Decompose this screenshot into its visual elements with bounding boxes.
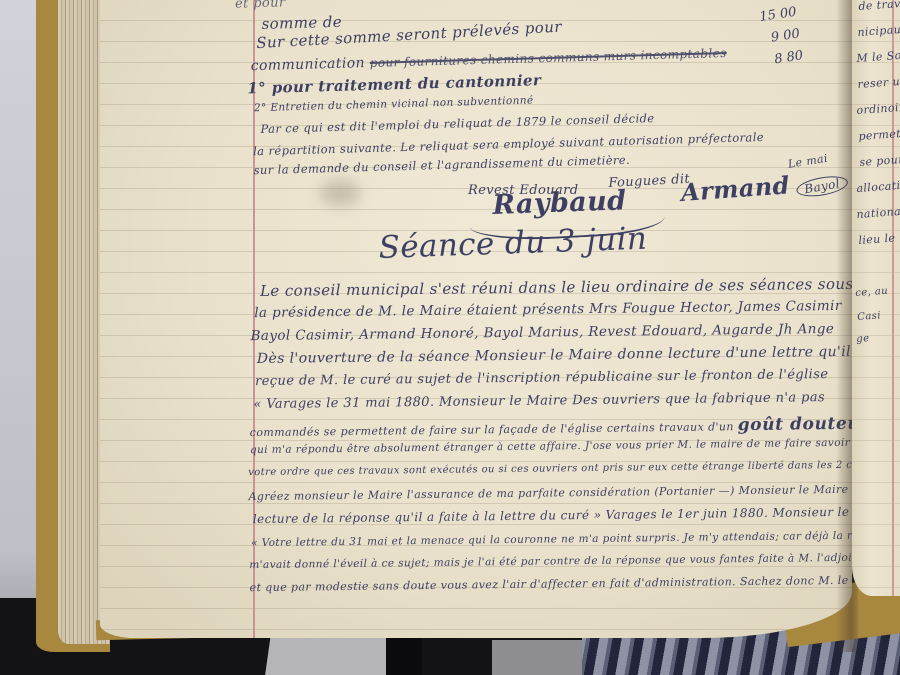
facing-fragment: Casi [857,310,881,323]
manuscript-line: m'avait donné l'éveil à ce sujet; mais j… [249,551,852,571]
manuscript-line: la présidence de M. le Maire étaient pré… [254,298,842,321]
facing-fragment: lieu le [858,231,896,247]
light-fabric-patch [265,634,399,675]
session-body-block: Le conseil municipal s'est réuni dans le… [100,0,852,638]
manuscript-line: votre ordre que ces travaux sont exécuté… [248,459,852,479]
facing-fragment: ce, au [855,286,888,299]
manuscript-line: lecture de la réponse qu'il a faite à la… [253,504,852,526]
manuscript-line: Agréez monsieur le Maire l'assurance de … [248,482,852,503]
manuscript-line: Dès l'ouverture de la séance Monsieur le… [257,344,852,367]
manuscript-line-emphasis: commandés se permettent de faire sur la … [250,412,852,441]
ledger-photo: et pour somme de Sur cette somme seront … [0,0,900,675]
facing-fragment: se pour [859,153,900,169]
red-margin-line-right [892,0,894,596]
facing-fragment: reser une [857,74,900,91]
manuscript-line: « Votre lettre du 31 mai et la menace qu… [251,529,852,549]
manuscript-line: et que par modestie sans doute vous avez… [250,573,852,594]
manuscript-line: « Varages le 31 mai 1880. Monsieur le Ma… [253,390,825,412]
manuscript-text: commandés se permettent de faire sur la … [250,420,738,439]
ledger-right-page: de trava nicipaux M le Sous reser une or… [852,0,900,596]
manuscript-line: Bayol Casimir, Armand Honoré, Bayol Mari… [250,321,834,344]
gout-douteux-emphasis: goût douteux [738,414,852,436]
facing-fragment: ge [856,333,870,345]
manuscript-line: reçue de M. le curé au sujet de l'inscri… [255,367,828,389]
ledger-left-page: et pour somme de Sur cette somme seront … [100,0,852,638]
manuscript-line: Le conseil municipal s'est réuni dans le… [260,275,852,300]
facing-fragment: permett [858,127,900,143]
